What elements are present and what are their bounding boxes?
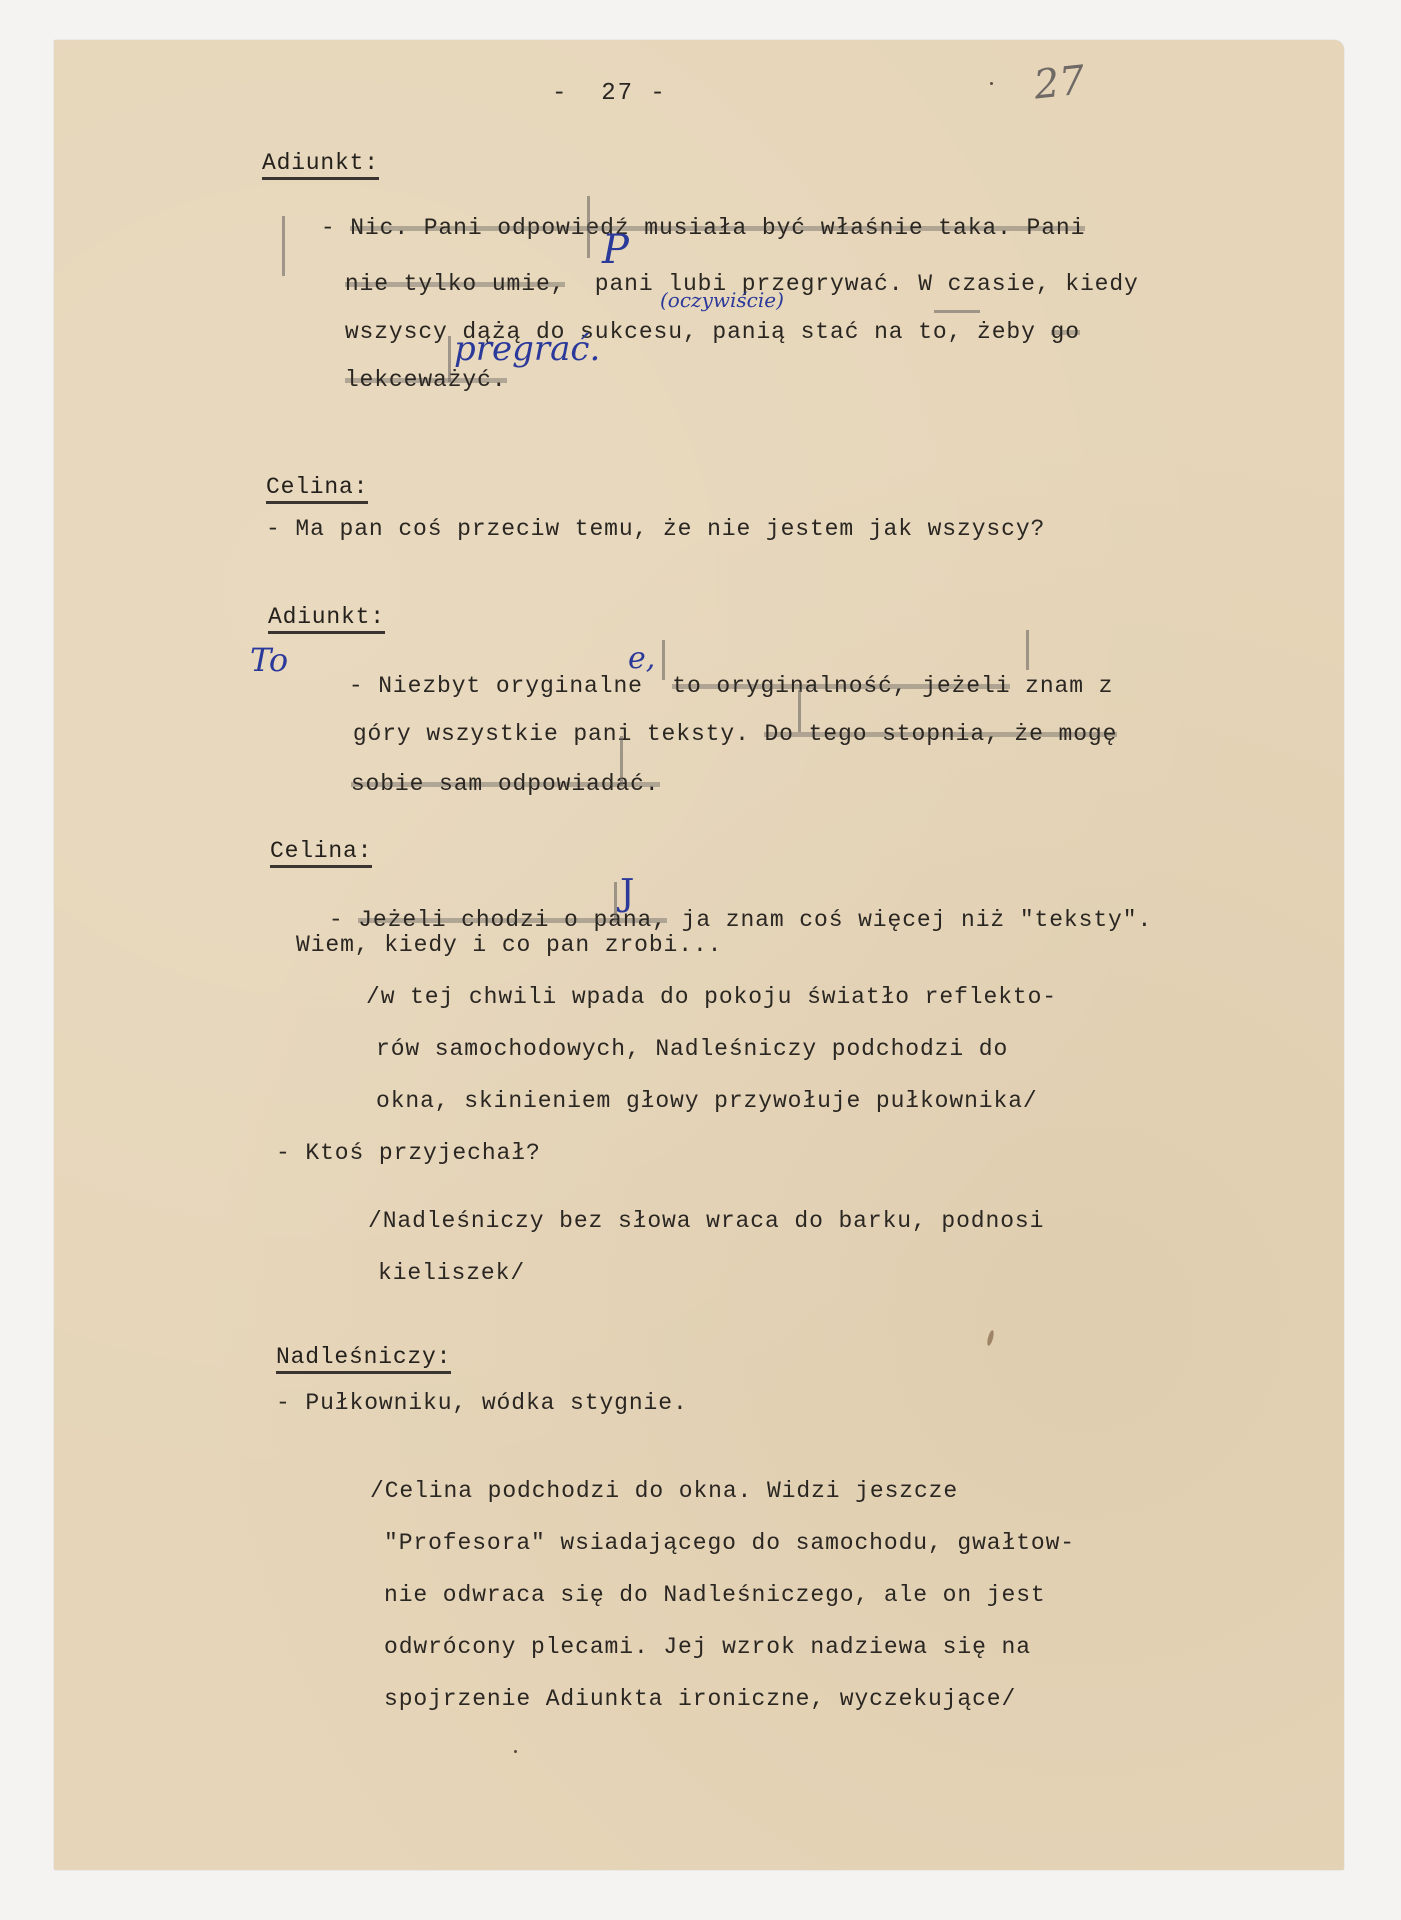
dialogue-line: - Pułkowniku, wódka stygnie.	[276, 1392, 688, 1415]
struck-text: go	[1051, 319, 1080, 345]
stage-direction-line: spojrzenie Adiunkta ironiczne, wyczekują…	[384, 1688, 1016, 1711]
struck-text: to oryginalność, jeżeli	[672, 673, 1010, 699]
speaker-label: Nadleśniczy:	[276, 1346, 451, 1374]
pencil-bracket	[587, 196, 590, 258]
struck-text: Nic. Pani odpowiedź musiała być właśnie …	[350, 215, 1085, 241]
pencil-bracket	[620, 736, 623, 786]
stage-direction-line: okna, skinieniem głowy przywołuje pułkow…	[376, 1090, 1038, 1113]
stage-direction-line: /w tej chwili wpada do pokoju światło re…	[366, 986, 1057, 1009]
stage-direction-line: "Profesora" wsiadającego do samochodu, g…	[384, 1532, 1075, 1555]
stage-direction-line: kieliszek/	[378, 1262, 525, 1285]
struck-text: nie tylko umie,	[345, 271, 566, 297]
document-page: - 27 - 27 Adiunkt: - Nic. Pani odpowiedź…	[54, 40, 1344, 1870]
handwritten-margin-to: To	[250, 644, 288, 676]
stage-direction-line: nie odwraca się do Nadleśniczego, ale on…	[384, 1584, 1046, 1607]
handwritten-capital-p: P	[602, 230, 629, 270]
pencil-bracket	[448, 336, 451, 382]
dialogue-line: - Ktoś przyjechał?	[276, 1142, 541, 1165]
struck-text: lekceważyć.	[345, 367, 507, 393]
dialogue-line: Wiem, kiedy i co pan zrobi...	[296, 934, 722, 957]
stage-direction-line: /Celina podchodzi do okna. Widzi jeszcze	[370, 1480, 958, 1503]
pencil-page-number: 27	[1032, 57, 1087, 108]
paper-speck	[990, 82, 993, 85]
dialogue-line: sobie sam odpowiadać.	[292, 750, 660, 819]
speaker-label: Celina:	[266, 476, 368, 504]
paper-speck	[514, 1750, 517, 1753]
pencil-bracket	[662, 640, 665, 680]
handwritten-capital-j: J	[620, 876, 634, 912]
handwritten-correction: e,	[628, 644, 655, 674]
pencil-bracket	[614, 882, 617, 922]
pencil-bracket	[798, 690, 801, 732]
stage-direction-line: odwrócony plecami. Jej wzrok nadziewa si…	[384, 1636, 1031, 1659]
pencil-bracket	[282, 216, 285, 276]
stage-direction-line: /Nadleśniczy bez słowa wraca do barku, p…	[368, 1210, 1044, 1233]
stage-direction-line: rów samochodowych, Nadleśniczy podchodzi…	[376, 1038, 1008, 1061]
struck-text: Do tego stopnia, że mogę	[764, 721, 1117, 747]
speaker-label: Adiunkt:	[262, 152, 379, 180]
pencil-bracket	[1026, 630, 1029, 670]
struck-text: sobie sam odpowiadać.	[351, 771, 660, 797]
typed-page-number: - 27 -	[552, 80, 667, 107]
dialogue-line: - Ma pan coś przeciw temu, że nie jestem…	[266, 518, 1045, 541]
speaker-label: Celina:	[270, 840, 372, 868]
pencil-strike	[934, 310, 980, 313]
speaker-label: Adiunkt:	[268, 606, 385, 634]
paper-stain	[986, 1330, 995, 1347]
handwritten-replacement: pregrać.	[454, 332, 600, 366]
